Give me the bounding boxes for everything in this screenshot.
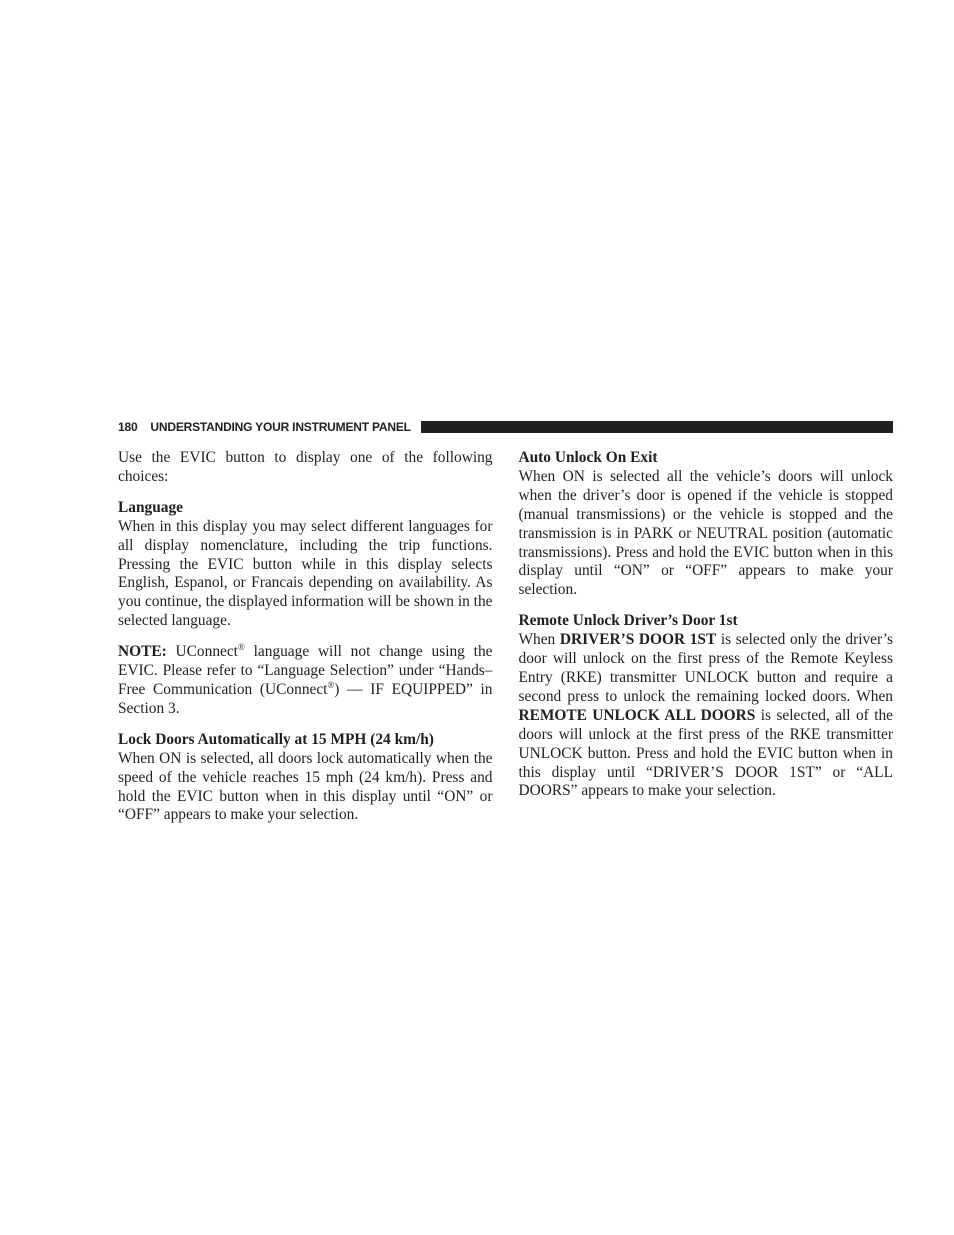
paragraph: When ON is selected, all doors lock auto…: [118, 750, 493, 826]
text-columns: Use the EVIC button to display one of th…: [118, 449, 893, 825]
section-heading: Auto Unlock On Exit: [519, 449, 894, 468]
section-heading: Language: [118, 499, 493, 518]
section-heading: Lock Doors Automatically at 15 MPH (24 k…: [118, 731, 493, 750]
page-number: 180: [118, 420, 137, 434]
paragraph: When ON is selected all the vehicle’s do…: [519, 468, 894, 600]
right-column: Auto Unlock On ExitWhen ON is selected a…: [519, 449, 894, 825]
page-header: 180 UNDERSTANDING YOUR INSTRUMENT PANEL: [118, 420, 893, 434]
paragraph: When DRIVER’S DOOR 1ST is selected only …: [519, 631, 894, 801]
header-title: UNDERSTANDING YOUR INSTRUMENT PANEL: [150, 420, 410, 434]
paragraph: NOTE: UConnect® language will not change…: [118, 643, 493, 719]
header-rule-bar: [421, 421, 893, 433]
left-column: Use the EVIC button to display one of th…: [118, 449, 493, 825]
manual-page: 180 UNDERSTANDING YOUR INSTRUMENT PANEL …: [118, 420, 893, 825]
paragraph: Use the EVIC button to display one of th…: [118, 449, 493, 487]
paragraph: When in this display you may select diff…: [118, 518, 493, 631]
section-heading: Remote Unlock Driver’s Door 1st: [519, 612, 894, 631]
